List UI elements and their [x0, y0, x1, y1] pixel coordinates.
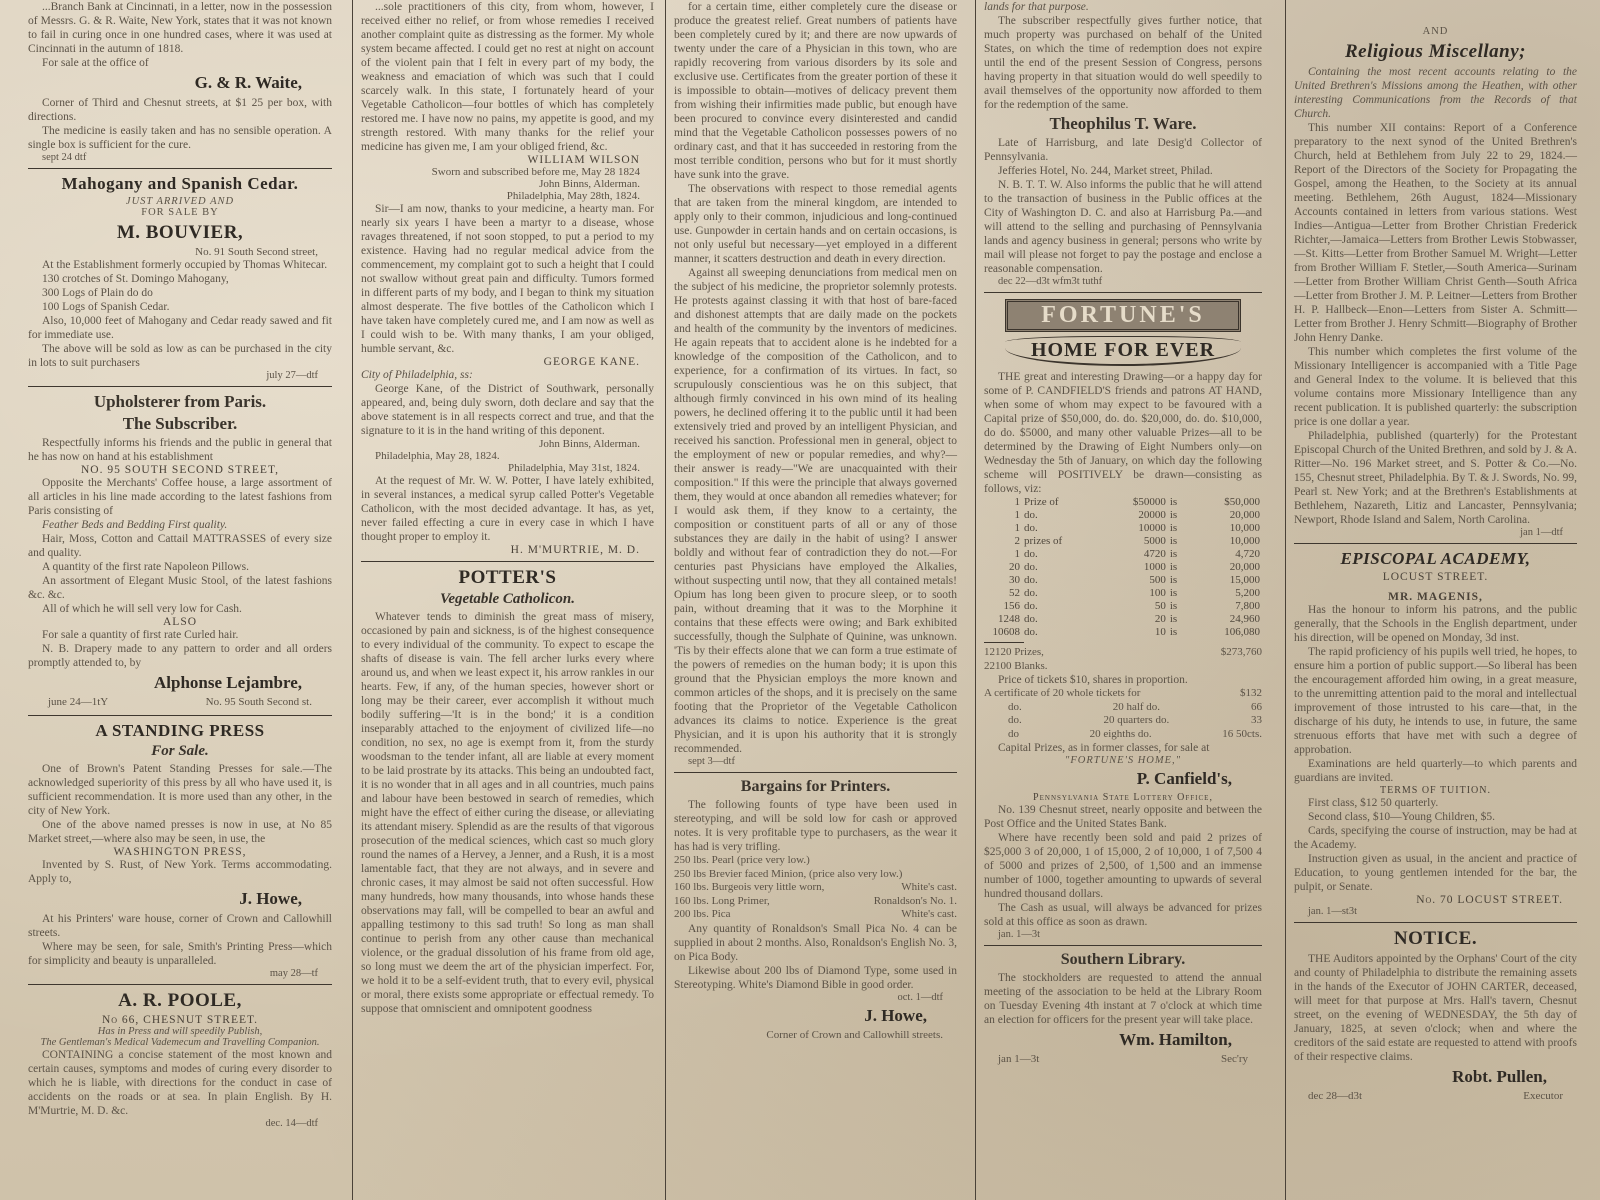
prize-row: 1do.10000is10,000	[984, 522, 1262, 535]
waite-address: Corner of Third and Chesnut streets, at …	[28, 96, 332, 124]
upholsterer-address: NO. 95 SOUTH SECOND STREET,	[28, 464, 332, 476]
type-list-item: 160 lbs. Burgeois very little worn,White…	[674, 881, 957, 895]
mahogany-also: Also, 10,000 feet of Mahogany and Cedar …	[28, 314, 332, 342]
press-body1: One of Brown's Patent Standing Presses f…	[28, 762, 332, 818]
divider	[984, 945, 1262, 946]
library-footer: jan 1—3t Sec'ry	[984, 1053, 1262, 1067]
lejambre-address: No. 95 South Second st.	[206, 696, 312, 710]
waite-for-sale: For sale at the office of	[28, 56, 332, 70]
column-4: lands for that purpose. The subscriber r…	[975, 0, 1270, 1200]
press-address: At his Printers' ware house, corner of C…	[28, 912, 332, 940]
city-line: City of Philadelphia, ss:	[361, 368, 654, 382]
bouvier-address: No. 91 South Second street,	[28, 246, 332, 258]
magenis-body5: Instruction given as usual, in the ancie…	[1294, 852, 1577, 894]
library-body: The stockholders are requested to attend…	[984, 971, 1262, 1027]
column-2: ...sole practitioners of this city, from…	[352, 0, 662, 1200]
ware-hotel: Jefferies Hotel, No. 244, Market street,…	[984, 164, 1262, 178]
upholsterer-subtitle: The Subscriber.	[28, 414, 332, 434]
magenis-body3: Examinations are held quarterly—to which…	[1294, 757, 1577, 785]
canfield-date: jan. 1—3t	[984, 929, 1262, 940]
banner-fortunes: FORTUNE'S	[1005, 299, 1241, 332]
divider	[28, 715, 332, 716]
prize-row: 10608do.10is106,080	[984, 626, 1262, 639]
waite-date: sept 24 dtf	[28, 152, 332, 163]
divider	[28, 984, 332, 985]
upholsterer-also: ALSO	[28, 616, 332, 628]
press-body4: Where may be seen, for sale, Smith's Pri…	[28, 940, 332, 968]
upholsterer-body1: Respectfully informs his friends and the…	[28, 436, 332, 464]
catholicon-body2: The observations with respect to those r…	[674, 182, 957, 266]
letter-kane: Sir—I am now, thanks to your medicine, a…	[361, 202, 654, 356]
howe-name: J. Howe,	[28, 889, 332, 909]
waite-intro: ...Branch Bank at Cincinnati, in a lette…	[28, 0, 332, 56]
mahogany-item: 300 Logs of Plain do do	[28, 286, 332, 300]
religious-miscellany-title: Religious Miscellany;	[1294, 41, 1577, 63]
type-cast: White's cast.	[901, 908, 957, 922]
ware-late: Late of Harrisburg, and late Desig'd Col…	[984, 136, 1262, 164]
divider	[28, 386, 332, 387]
library-role: Sec'ry	[1221, 1053, 1248, 1067]
letter-mcmurtrie: At the request of Mr. W. W. Potter, I ha…	[361, 474, 654, 544]
mahogany-sub1: JUST ARRIVED AND	[28, 196, 332, 207]
library-date: jan 1—3t	[998, 1053, 1039, 1067]
prize-row: 1do.20000is20,000	[984, 509, 1262, 522]
potter-body: Whatever tends to diminish the great mas…	[361, 610, 654, 1016]
upholsterer-nb: N. B. Drapery made to any pattern to ord…	[28, 642, 332, 670]
prize-row: 52do.100is5,200	[984, 587, 1262, 600]
upholsterer-item: All of which he will sell very low for C…	[28, 602, 332, 616]
alderman-2: John Binns, Alderman.	[361, 438, 654, 450]
upholsterer-item: A quantity of the first rate Napoleon Pi…	[28, 560, 332, 574]
miscellany-body3: Philadelphia, published (quarterly) for …	[1294, 429, 1577, 527]
prizes-sold: Where have recently been sold and paid 2…	[984, 831, 1262, 901]
ware-date: dec 22—d3t wfm3t tuthf	[984, 276, 1262, 287]
affidavit: George Kane, of the District of Southwar…	[361, 382, 654, 438]
type-list-item: 250 lbs Brevier faced Minion, (price als…	[674, 868, 957, 882]
lejambre-date: june 24—1tY	[48, 696, 108, 710]
prize-row: 2prizes of5000is10,000	[984, 535, 1262, 548]
howe-address-2: Corner of Crown and Callowhill streets.	[674, 1029, 957, 1041]
type-list-item: 160 lbs. Long Primer,Ronaldson's No. 1.	[674, 895, 957, 909]
press-subtitle: For Sale.	[28, 743, 332, 760]
mahogany-date: july 27—dtf	[28, 370, 332, 381]
poole-title: A. R. POOLE,	[28, 990, 332, 1012]
pullen-name: Robt. Pullen,	[1294, 1067, 1577, 1087]
bargains-title: Bargains for Printers.	[674, 778, 957, 796]
magenis-name: MR. MAGENIS,	[1294, 591, 1577, 603]
upholsterer-item: Feather Beds and Bedding First quality.	[28, 518, 332, 532]
miscellany-date: jan 1—dtf	[1294, 527, 1577, 538]
column-5: AND Religious Miscellany; Containing the…	[1285, 0, 1585, 1200]
ware-body2: The subscriber respectfully gives furthe…	[984, 14, 1262, 112]
certificate-row: do20 eighths do.16 50cts.	[984, 728, 1262, 742]
column-1: ...Branch Bank at Cincinnati, in a lette…	[20, 0, 340, 1200]
poole-date: dec. 14—dtf	[28, 1118, 332, 1129]
upholsterer-item: Hair, Moss, Cotton and Cattail MATTRASSE…	[28, 532, 332, 560]
poole-body: CONTAINING a concise statement of the mo…	[28, 1048, 332, 1118]
miscellany-intro: Containing the most recent accounts rela…	[1294, 65, 1577, 121]
upholsterer-also-body: For sale a quantity of first rate Curled…	[28, 628, 332, 642]
prize-row: 20do.1000is20,000	[984, 561, 1262, 574]
divider	[1294, 543, 1577, 544]
poole-line1: Has in Press and will speedily Publish,	[28, 1026, 332, 1037]
notice-date: dec 28—d3t	[1308, 1090, 1362, 1104]
library-title: Southern Library.	[984, 951, 1262, 969]
term-second: Second class, $10—Young Children, $5.	[1294, 810, 1577, 824]
washington-press: WASHINGTON PRESS,	[28, 846, 332, 858]
mahogany-sub2: FOR SALE BY	[28, 207, 332, 218]
prize-row: 1Prize of$50000is$50,000	[984, 496, 1262, 509]
bargains-body: The following founts of type have been u…	[674, 798, 957, 854]
bargains-body2: Any quantity of Ronaldson's Small Pica N…	[674, 922, 957, 964]
blanks-count: 22100 Blanks.	[984, 660, 1048, 674]
prizes-total-count: 12120 Prizes,	[984, 646, 1044, 660]
lejambre-name: Alphonse Lejambre,	[28, 673, 332, 693]
magenis-date: jan. 1—st3t	[1294, 906, 1577, 917]
press-date: may 28—tf	[28, 968, 332, 979]
signature-kane: GEORGE KANE.	[361, 356, 654, 368]
office-address: No. 139 Chesnut street, nearly opposite …	[984, 803, 1262, 831]
type-cast: Ronaldson's No. 1.	[874, 895, 957, 909]
cash-advanced: The Cash as usual, will always be advanc…	[984, 901, 1262, 929]
divider	[361, 561, 654, 562]
dateline-kane: Philadelphia, May 28th, 1824.	[361, 190, 654, 202]
prizes-total-row: 12120 Prizes, $273,760	[984, 646, 1262, 660]
magenis-body2: The rapid proficiency of his pupils well…	[1294, 645, 1577, 757]
poole-line2: The Gentleman's Medical Vademecum and Tr…	[28, 1037, 332, 1048]
masthead-and: AND	[1294, 26, 1577, 37]
certificate-row: do.20 half do.66	[984, 701, 1262, 715]
upholsterer-item: An assortment of Elegant Music Stool, of…	[28, 574, 332, 602]
mahogany-item: 100 Logs of Spanish Cedar.	[28, 300, 332, 314]
letter-wilson: ...sole practitioners of this city, from…	[361, 0, 654, 154]
miscellany-body2: This number which completes the first vo…	[1294, 345, 1577, 429]
notice-role: Executor	[1523, 1090, 1563, 1104]
type-name: 200 lbs. Pica	[674, 908, 731, 922]
canfield-name: P. Canfield's,	[984, 769, 1262, 789]
dateline-mcmurtrie: Philadelphia, May 31st, 1824.	[361, 462, 654, 474]
magenis-body1: Has the honour to inform his patrons, an…	[1294, 603, 1577, 645]
newspaper-page: ...Branch Bank at Cincinnati, in a lette…	[0, 0, 1600, 1200]
notice-footer: dec 28—d3t Executor	[1294, 1090, 1577, 1104]
type-list-item: 250 lbs. Pearl (price very low.)	[674, 854, 957, 868]
press-body2: One of the above named presses is now in…	[28, 818, 332, 846]
bouvier-name: M. BOUVIER,	[28, 222, 332, 244]
notice-body: THE Auditors appointed by the Orphans' C…	[1294, 952, 1577, 1064]
lejambre-footer: june 24—1tY No. 95 South Second st.	[28, 696, 332, 710]
type-name: 160 lbs. Burgeois very little worn,	[674, 881, 824, 895]
type-name: 250 lbs Brevier faced Minion, (price als…	[674, 868, 902, 882]
press-body3: Invented by S. Rust, of New York. Terms …	[28, 858, 332, 886]
catholicon-date: sept 3—dtf	[674, 756, 957, 767]
bargains-date: oct. 1—dtf	[674, 992, 957, 1003]
fortunes-home-label: "FORTUNE'S HOME,"	[984, 755, 1262, 766]
potter-title: POTTER'S	[361, 567, 654, 589]
divider	[984, 642, 1024, 643]
mahogany-item: 130 crotches of St. Domingo Mahogany,	[28, 272, 332, 286]
signature-mcmurtrie: H. M'MURTRIE, M. D.	[361, 544, 654, 556]
fortunes-home-banner: FORTUNE'S HOME FOR EVER	[1005, 299, 1241, 366]
catholicon-body1: for a certain time, either completely cu…	[674, 0, 957, 182]
signature-wilson: WILLIAM WILSON	[361, 154, 654, 166]
type-list-item: 200 lbs. PicaWhite's cast.	[674, 908, 957, 922]
poole-address: No 66, CHESNUT STREET.	[28, 1014, 332, 1026]
academy-street: LOCUST STREET.	[1294, 571, 1577, 583]
upholsterer-body2: Opposite the Merchants' Coffee house, a …	[28, 476, 332, 518]
potter-subtitle: Vegetable Catholicon.	[361, 591, 654, 608]
date-kane: Philadelphia, May 28, 1824.	[361, 450, 654, 462]
lottery-office: Pennsylvania State Lottery Office,	[984, 792, 1262, 803]
waite-note: The medicine is easily taken and has no …	[28, 124, 332, 152]
type-name: 160 lbs. Long Primer,	[674, 895, 770, 909]
fortune-body: THE great and interesting Drawing—or a h…	[984, 370, 1262, 496]
type-name: 250 lbs. Pearl (price very low.)	[674, 854, 810, 868]
terms-heading: TERMS OF TUITION.	[1294, 785, 1577, 796]
divider	[674, 772, 957, 773]
divider	[1294, 922, 1577, 923]
blanks-row: 22100 Blanks.	[984, 660, 1262, 674]
prize-row: 1do.4720is4,720	[984, 548, 1262, 561]
catholicon-body3: Against all sweeping denunciations from …	[674, 266, 957, 756]
hamilton-name: Wm. Hamilton,	[984, 1030, 1262, 1050]
prize-row: 1248do.20is24,960	[984, 613, 1262, 626]
magenis-body4: Cards, specifying the course of instruct…	[1294, 824, 1577, 852]
ware-body1: lands for that purpose.	[984, 0, 1262, 14]
prize-scheme-table: 1Prize of$50000is$50,000 1do.20000is20,0…	[984, 496, 1262, 639]
column-3: for a certain time, either completely cu…	[665, 0, 965, 1200]
divider	[984, 292, 1262, 293]
certificate-row: A certificate of 20 whole tickets for$13…	[984, 687, 1262, 701]
miscellany-body1: This number XII contains: Report of a Co…	[1294, 121, 1577, 345]
term-first: First class, $12 50 quarterly.	[1294, 796, 1577, 810]
upholsterer-title: Upholsterer from Paris.	[28, 392, 332, 412]
mahogany-body: At the Establishment formerly occupied b…	[28, 258, 332, 272]
alderman-1: John Binns, Alderman.	[361, 178, 654, 190]
bargains-body3: Likewise about 200 lbs of Diamond Type, …	[674, 964, 957, 992]
mahogany-closing: The above will be sold as low as can be …	[28, 342, 332, 370]
type-cast: White's cast.	[901, 881, 957, 895]
ware-nb: N. B. T. T. W. Also informs the public t…	[984, 178, 1262, 276]
waite-name: G. & R. Waite,	[28, 73, 332, 93]
sworn-wilson: Sworn and subscribed before me, May 28 1…	[361, 166, 654, 178]
mahogany-title: Mahogany and Spanish Cedar.	[28, 174, 332, 194]
press-title: A STANDING PRESS	[28, 721, 332, 741]
prize-row: 30do.500is15,000	[984, 574, 1262, 587]
banner-home-for-ever: HOME FOR EVER	[1005, 336, 1241, 366]
notice-title: NOTICE.	[1294, 928, 1577, 950]
howe-name-2: J. Howe,	[674, 1006, 957, 1026]
ticket-price: Price of tickets $10, shares in proporti…	[984, 673, 1262, 687]
ware-name: Theophilus T. Ware.	[984, 114, 1262, 134]
capital-prizes: Capital Prizes, as in former classes, fo…	[984, 741, 1262, 755]
divider	[28, 168, 332, 169]
certificate-row: do.20 quarters do.33	[984, 714, 1262, 728]
academy-title: EPISCOPAL ACADEMY,	[1294, 549, 1577, 569]
prizes-total-amount: $273,760	[1221, 646, 1262, 660]
prize-row: 156do.50is7,800	[984, 600, 1262, 613]
magenis-address: No. 70 LOCUST STREET.	[1294, 894, 1577, 906]
